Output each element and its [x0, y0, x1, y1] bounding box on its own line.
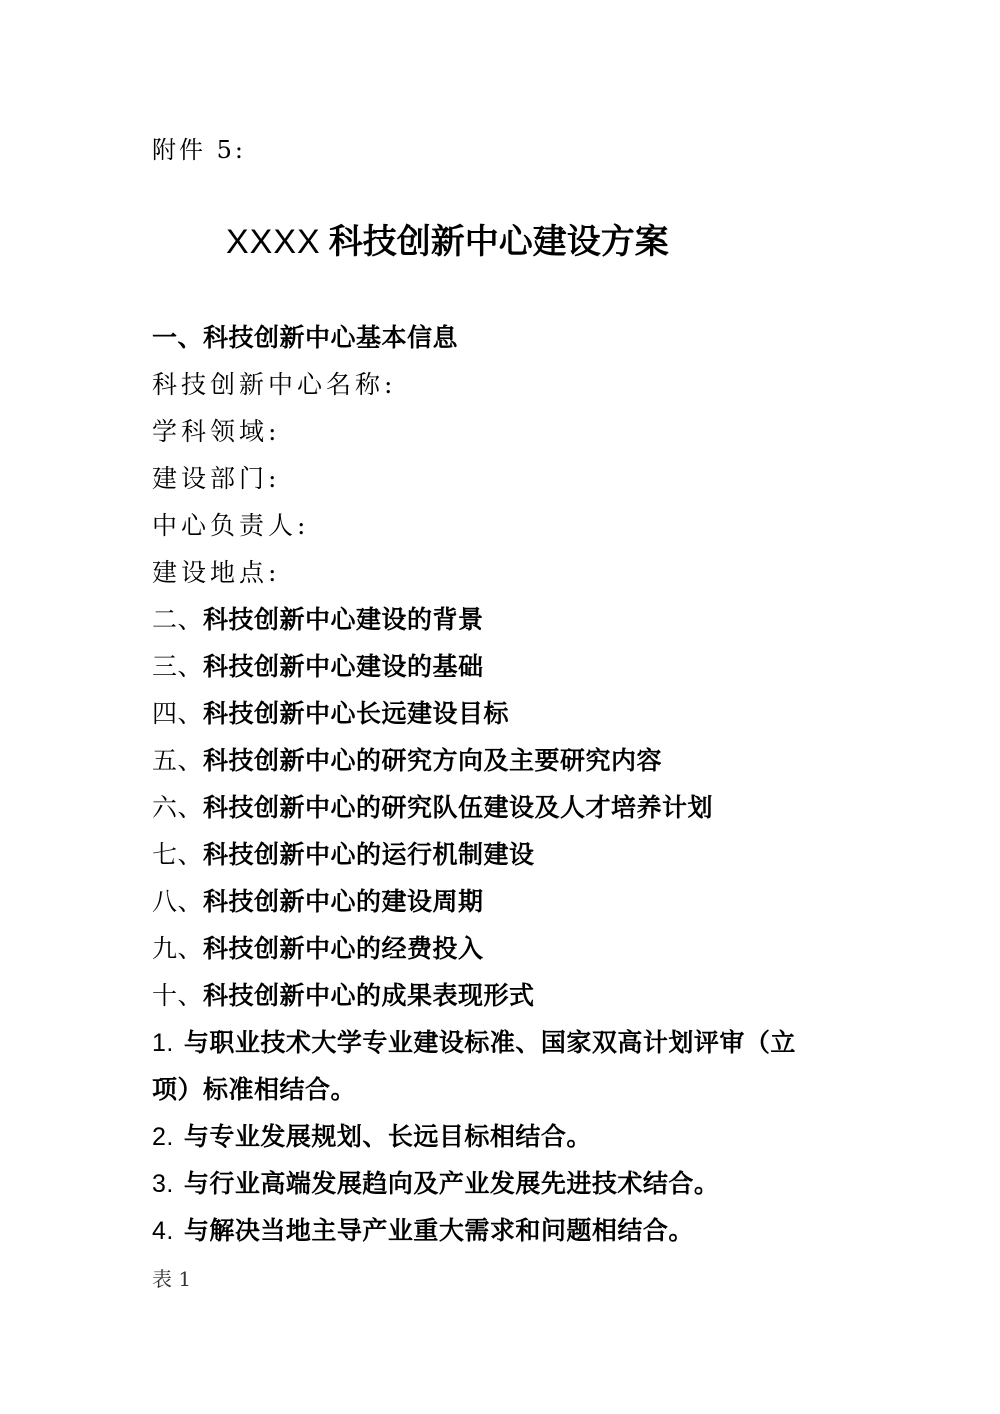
item-number: 3. [152, 1170, 174, 1198]
section-heading-4: 四、科技创新中心长远建设目标 [152, 698, 509, 730]
title-prefix: XXXX [226, 223, 321, 261]
item-text: 与专业发展规划、长远目标相结合。 [184, 1122, 592, 1151]
section-number: 四、 [152, 699, 203, 728]
section-heading-7: 七、科技创新中心的运行机制建设 [152, 839, 535, 871]
section-heading-10: 十、科技创新中心的成果表现形式 [152, 980, 535, 1012]
document-page: 附件 5: XXXX科技创新中心建设方案 一、科技创新中心基本信息 科技创新中心… [0, 0, 1000, 1414]
list-item-3: 3.与行业高端发展趋向及产业发展先进技术结合。 [152, 1168, 719, 1200]
section-title: 科技创新中心长远建设目标 [203, 699, 509, 728]
section-heading-6: 六、科技创新中心的研究队伍建设及人才培养计划 [152, 792, 713, 824]
item-number: 1. [152, 1029, 174, 1057]
section-number: 三、 [152, 652, 203, 681]
section-title: 科技创新中心的研究方向及主要研究内容 [203, 746, 662, 775]
field-discipline: 学科领域: [152, 416, 280, 448]
section-title: 科技创新中心的研究队伍建设及人才培养计划 [203, 793, 713, 822]
section-heading-8: 八、科技创新中心的建设周期 [152, 886, 484, 918]
list-item-1: 1.与职业技术大学专业建设标准、国家双高计划评审（立 [152, 1027, 796, 1059]
list-item-2: 2.与专业发展规划、长远目标相结合。 [152, 1121, 592, 1153]
section-heading-9: 九、科技创新中心的经费投入 [152, 933, 484, 965]
item-text: 与行业高端发展趋向及产业发展先进技术结合。 [184, 1169, 720, 1198]
field-location: 建设地点: [152, 557, 280, 589]
title-main: 科技创新中心建设方案 [329, 222, 669, 262]
section-title: 科技创新中心的建设周期 [203, 887, 484, 916]
field-department: 建设部门: [152, 463, 280, 495]
list-item-4: 4.与解决当地主导产业重大需求和问题相结合。 [152, 1215, 694, 1247]
table-caption: 表 1 [152, 1266, 191, 1292]
section-number: 二、 [152, 605, 203, 634]
section-number: 六、 [152, 793, 203, 822]
section-heading-2: 二、科技创新中心建设的背景 [152, 604, 484, 636]
field-center-name: 科技创新中心名称: [152, 369, 396, 401]
attachment-label: 附件 5: [152, 134, 246, 166]
section-title: 科技创新中心建设的背景 [203, 605, 484, 634]
section-number: 七、 [152, 840, 203, 869]
section-heading-3: 三、科技创新中心建设的基础 [152, 651, 484, 683]
section-number: 九、 [152, 934, 203, 963]
section-number: 十、 [152, 981, 203, 1010]
field-director: 中心负责人: [152, 510, 309, 542]
item-number: 4. [152, 1217, 174, 1245]
section-heading-5: 五、科技创新中心的研究方向及主要研究内容 [152, 745, 662, 777]
section-title: 科技创新中心基本信息 [203, 323, 458, 352]
item-text: 与解决当地主导产业重大需求和问题相结合。 [184, 1216, 694, 1245]
document-title: XXXX科技创新中心建设方案 [226, 220, 669, 264]
section-title: 科技创新中心的成果表现形式 [203, 981, 535, 1010]
item-text: 与职业技术大学专业建设标准、国家双高计划评审（立 [184, 1028, 796, 1057]
section-number: 五、 [152, 746, 203, 775]
section-title: 科技创新中心建设的基础 [203, 652, 484, 681]
section-number: 一、 [152, 323, 203, 352]
list-item-1-continuation: 项）标准相结合。 [152, 1074, 356, 1106]
section-heading-1: 一、科技创新中心基本信息 [152, 322, 458, 354]
item-number: 2. [152, 1123, 174, 1151]
section-number: 八、 [152, 887, 203, 916]
section-title: 科技创新中心的运行机制建设 [203, 840, 535, 869]
section-title: 科技创新中心的经费投入 [203, 934, 484, 963]
